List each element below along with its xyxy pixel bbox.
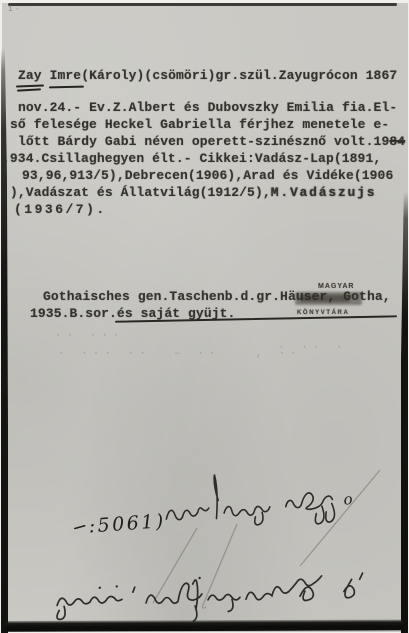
stray-dot [87, 623, 90, 626]
cursive-stroke [254, 512, 263, 525]
handwriting-cursive-middle [164, 466, 336, 534]
pencil-stroke [300, 470, 380, 566]
cursive-stroke [325, 503, 335, 522]
cursive-stroke [133, 587, 135, 592]
cursive-stroke [213, 474, 219, 518]
cursive-stroke [57, 596, 122, 605]
cursive-stroke [344, 579, 355, 598]
cursive-stroke [285, 491, 333, 511]
i-dot [198, 577, 200, 579]
handwriting-letter-o: o [343, 490, 353, 509]
cursive-stroke [228, 599, 233, 611]
i-dot [99, 587, 101, 589]
cursive-stroke [57, 606, 65, 619]
cursive-stroke [208, 594, 240, 600]
handwritten-annotation-middle: :5061) o [72, 465, 354, 541]
handwriting-numbers: :5061) [88, 510, 167, 537]
cursive-stroke [193, 606, 197, 621]
cursive-stroke [360, 573, 363, 579]
i-dot [116, 585, 118, 587]
pencil-stroke [153, 528, 197, 603]
cursive-stroke [193, 580, 198, 608]
handwriting-overlay: :5061) o [0, 0, 409, 633]
scanned-catalog-card: 1· Zay Imre(Károly)(csömöri)gr.szül.Zayu… [0, 0, 409, 633]
cursive-stroke [166, 507, 210, 520]
pencil-stroke [202, 524, 237, 608]
handwriting-dash [75, 526, 85, 529]
handwritten-annotation-bottom [56, 573, 363, 626]
cursive-stroke [300, 587, 314, 601]
